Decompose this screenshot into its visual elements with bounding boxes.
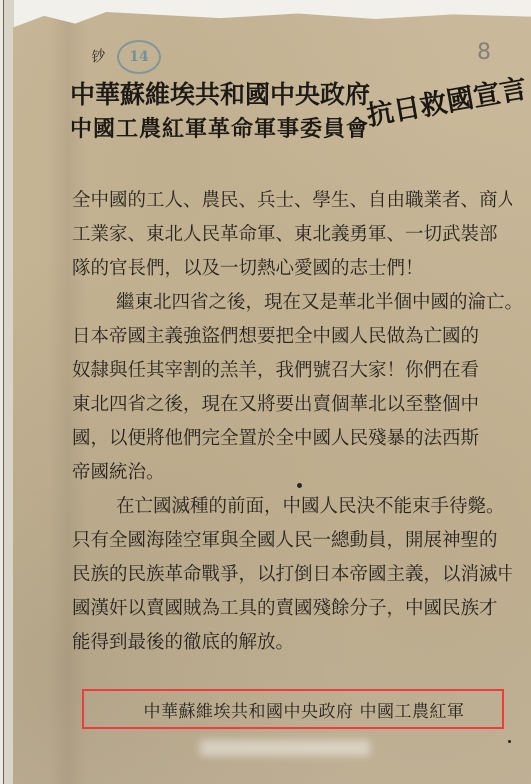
text-line: 能得到最後的徹底的解放。 [72,626,512,660]
text-line: 在亡國滅種的前面，中國人民決不能束手待斃。 [72,490,512,524]
issuer-heading: 中華蘇維埃共和國中央政府 中國工農紅軍革命軍事委員會 [70,78,370,146]
paragraph-situation: 繼東北四省之後，現在又是華北半個中國的淪亡。 日本帝國主義強盜們想要把全中國人民… [72,286,512,490]
text-line: 帝國統治。 [72,456,512,490]
text-line: 工業家、東北人民革命軍、東北義勇軍、一切武裝部 [72,218,512,252]
ink-spot [297,483,302,488]
text-line: 奴隸與任其宰割的羔羊，我們號召大家！你們在看 [72,354,512,388]
circle-stamp: 14 [117,40,161,74]
issuer-government: 中華蘇維埃共和國中央政府 [70,78,370,112]
text-line: 國，以便將他們完全置於全中國人民殘暴的法西斯 [72,422,512,456]
text-line: 全中國的工人、農民、兵士、學生、自由職業者、商人、 [72,184,512,218]
text-line: 日本帝國主義強盜們想要把全中國人民做為亡國的 [72,320,512,354]
text-line: 民族的民族革命戰爭，以打倒日本帝國主義，以消滅中 [72,558,512,592]
faded-area [200,740,370,756]
signature-text: 中華蘇維埃共和國中央政府 中國工農紅軍 [122,697,465,722]
ink-spot [508,740,511,743]
circle-stamp-number: 14 [129,49,148,65]
text-line: 繼東北四省之後，現在又是華北半個中國的淪亡。 [72,286,512,320]
text-line: 國漢奸以賣國賊為工具的賣國殘餘分子，中國民族才 [72,592,512,626]
signature-highlight-box: 中華蘇維埃共和國中央政府 中國工農紅軍 [82,689,504,729]
text-line: 東北四省之後，現在又將要出賣個華北以至整個中 [72,388,512,422]
paragraph-call-to-action: 在亡國滅種的前面，中國人民決不能束手待斃。 只有全國海陸空軍與全國人民一總動員，… [72,490,512,660]
text-line: 只有全國海陸空軍與全國人民一總動員，開展神聖的 [72,524,512,558]
scan-edge [0,0,14,784]
text-line: 隊的官長們，以及一切熱心愛國的志士們！ [72,252,512,286]
document-body: 全中國的工人、農民、兵士、學生、自由職業者、商人、 工業家、東北人民革命軍、東北… [72,184,512,660]
issuer-military-committee: 中國工農紅軍革命軍事委員會 [70,112,370,146]
page-number: 8 [477,40,491,65]
paragraph-address: 全中國的工人、農民、兵士、學生、自由職業者、商人、 工業家、東北人民革命軍、東北… [72,184,512,286]
